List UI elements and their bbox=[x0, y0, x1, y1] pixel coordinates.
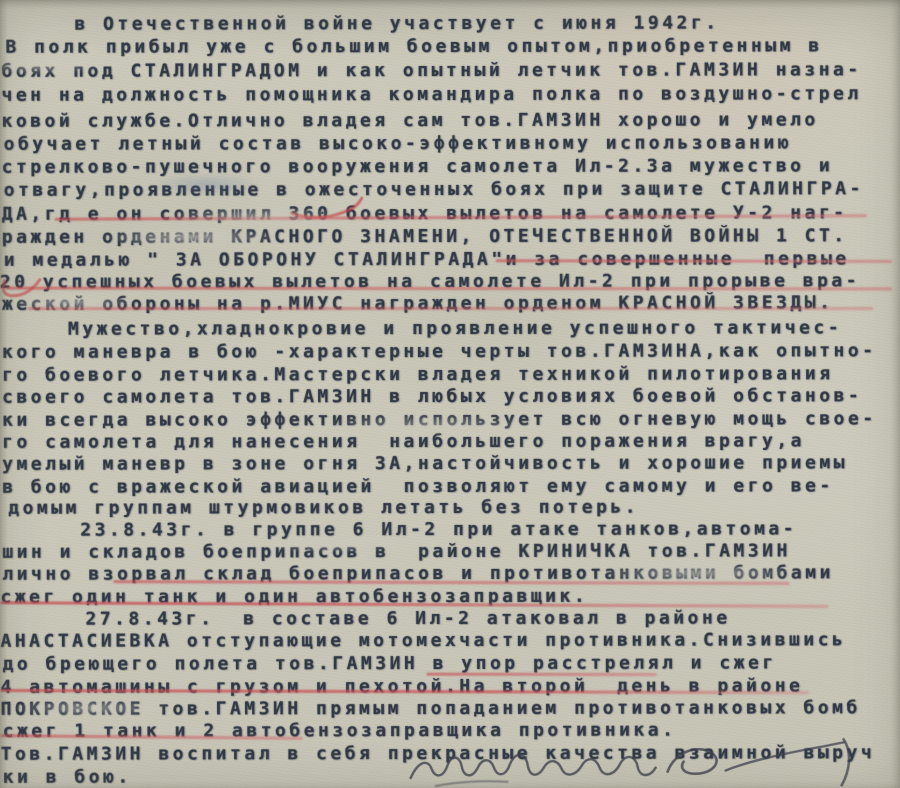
document-line: стрелково-пушечного вооружения самолета … bbox=[2, 155, 834, 177]
document-line: ражден орденами КРАСНОГО ЗНАМЕНИ, ОТЕЧЕС… bbox=[2, 225, 848, 247]
red-circle-mark-360 bbox=[288, 197, 368, 223]
document-line: ковой службе.Отлично владея сам тов.ГАМЗ… bbox=[2, 109, 819, 131]
document-line: ДА,гд е он совершил 360 боевых вылетов н… bbox=[2, 202, 848, 224]
document-line: го самолета для нанесения наибольшего по… bbox=[2, 430, 805, 452]
document-line: умелый маневр в зоне огня ЗА,настойчивос… bbox=[2, 452, 848, 474]
document-line: В полк прибыл уже с большим боевым опыто… bbox=[5, 35, 822, 57]
document-line: жеской обороны на р.МИУС награжден орден… bbox=[2, 292, 834, 314]
handwritten-signature bbox=[396, 737, 896, 788]
document-line: отвагу,проявленные в ожесточенных боях п… bbox=[4, 178, 864, 201]
red-hook-mark-20 bbox=[0, 273, 44, 301]
document-line: кого маневра в бою -характерные черты то… bbox=[2, 340, 877, 363]
document-line: чен на должность помощника командира пол… bbox=[1, 83, 861, 106]
document-line: 4 автомашины с грузом и пехотой.На второ… bbox=[0, 675, 803, 697]
document-line: ПОКРОВСКОЕ тов.ГАМЗИН прямым попаданием … bbox=[1, 697, 861, 720]
document-line: боях под СТАЛИНГРАДОМ и как опытный летч… bbox=[1, 59, 861, 82]
document-line: Мужество,хладнокровие и проявление успеш… bbox=[68, 317, 842, 339]
red-underline bbox=[426, 673, 656, 676]
document-line: до бреющего полета тов.ГАМЗИН в упор рас… bbox=[2, 652, 776, 674]
document-line: обучает летный состав высоко-эффективном… bbox=[4, 132, 793, 154]
document-line: в Отечественной войне участвует с июня 1… bbox=[74, 13, 719, 35]
document-line: ки всегда высоко эффективно использует в… bbox=[2, 408, 877, 431]
document-line: в бою с вражеской авиацией позволяют ему… bbox=[2, 475, 834, 497]
document-line: 27.8.43г. в составе 6 Ил-2 атаковал в ра… bbox=[85, 608, 730, 630]
document-line: шин и складов боеприпасов в районе КРИНИ… bbox=[2, 540, 791, 562]
document-line: ки в бою. bbox=[3, 767, 132, 788]
document-line: го боевого летчика.Мастерски владея техн… bbox=[2, 363, 834, 385]
document-scan: в Отечественной войне участвует с июня 1… bbox=[0, 0, 900, 788]
document-line: АНАСТАСИЕВКА отступающие мотомехчасти пр… bbox=[0, 629, 846, 651]
red-underline bbox=[28, 307, 873, 310]
document-line: 23.8.43г. в группе 6 Ил-2 при атаке танк… bbox=[80, 518, 797, 540]
document-line: домым группам штурмовиков летать без пот… bbox=[8, 497, 639, 519]
document-line: своего самолета тов.ГАМЗИН в любых услов… bbox=[2, 385, 862, 408]
typewritten-text-layer: в Отечественной войне участвует с июня 1… bbox=[0, 0, 900, 788]
